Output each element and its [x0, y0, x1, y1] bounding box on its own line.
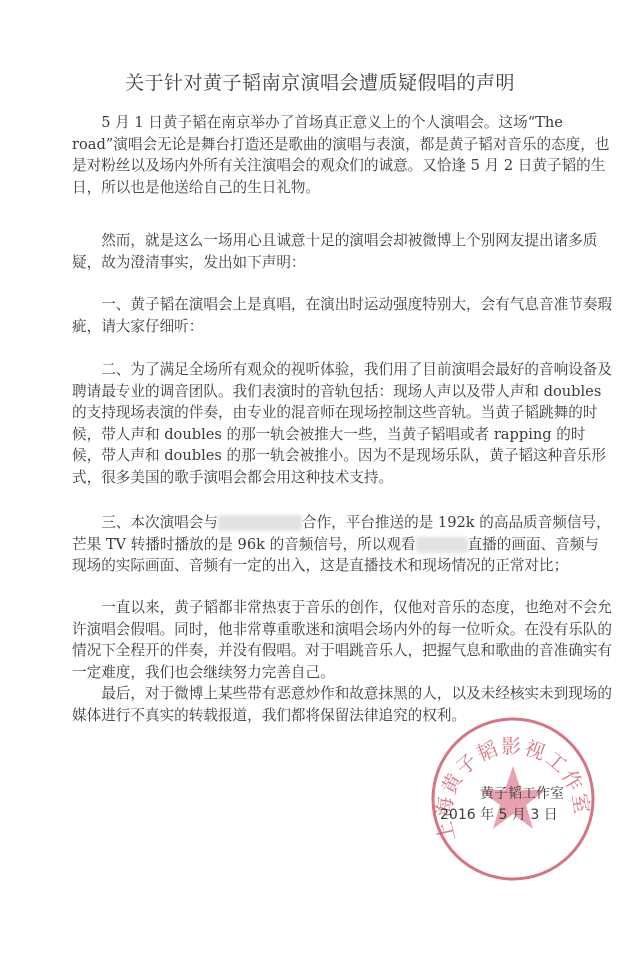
redacted-partner-name: [218, 515, 302, 531]
signature-org: 黄子韬工作室: [440, 784, 600, 805]
redacted-platform-name: [416, 537, 468, 553]
paragraph-attitude: 一直以来，黄子韬都非常热衷于音乐的创作，仅他对音乐的态度，也绝对不会允许演唱会假…: [72, 597, 612, 683]
paragraph-however: 然而，就是这么一场用心且诚意十足的演唱会却被微博上个别网友提出诸多质疑，故为澄清…: [72, 230, 612, 273]
document-title: 关于针对黄子韬南京演唱会遭质疑假唱的声明: [0, 68, 640, 95]
paragraph-point-two: 二、为了满足全场所有观众的视听体验，我们用了目前演唱会最好的音响设备及聘请最专业…: [72, 359, 612, 488]
point-three-text-1: 三、本次演唱会与: [101, 514, 218, 531]
paragraph-point-one: 一、黄子韬在演唱会上是真唱，在演出时运动强度特别大，会有气息音准节奏瑕疵，请大家…: [72, 294, 612, 337]
paragraph-point-three: 三、本次演唱会与合作，平台推送的是 192k 的高品质音频信号，芒果 TV 转播…: [72, 512, 612, 577]
signature-date: 2016 年 5 月 3 日: [440, 805, 600, 826]
paragraph-intro: 5 月 1 日黄子韬在南京举办了首场真正意义上的个人演唱会。这场“The roa…: [72, 112, 612, 198]
signature-block: 黄子韬工作室 2016 年 5 月 3 日: [440, 784, 600, 826]
